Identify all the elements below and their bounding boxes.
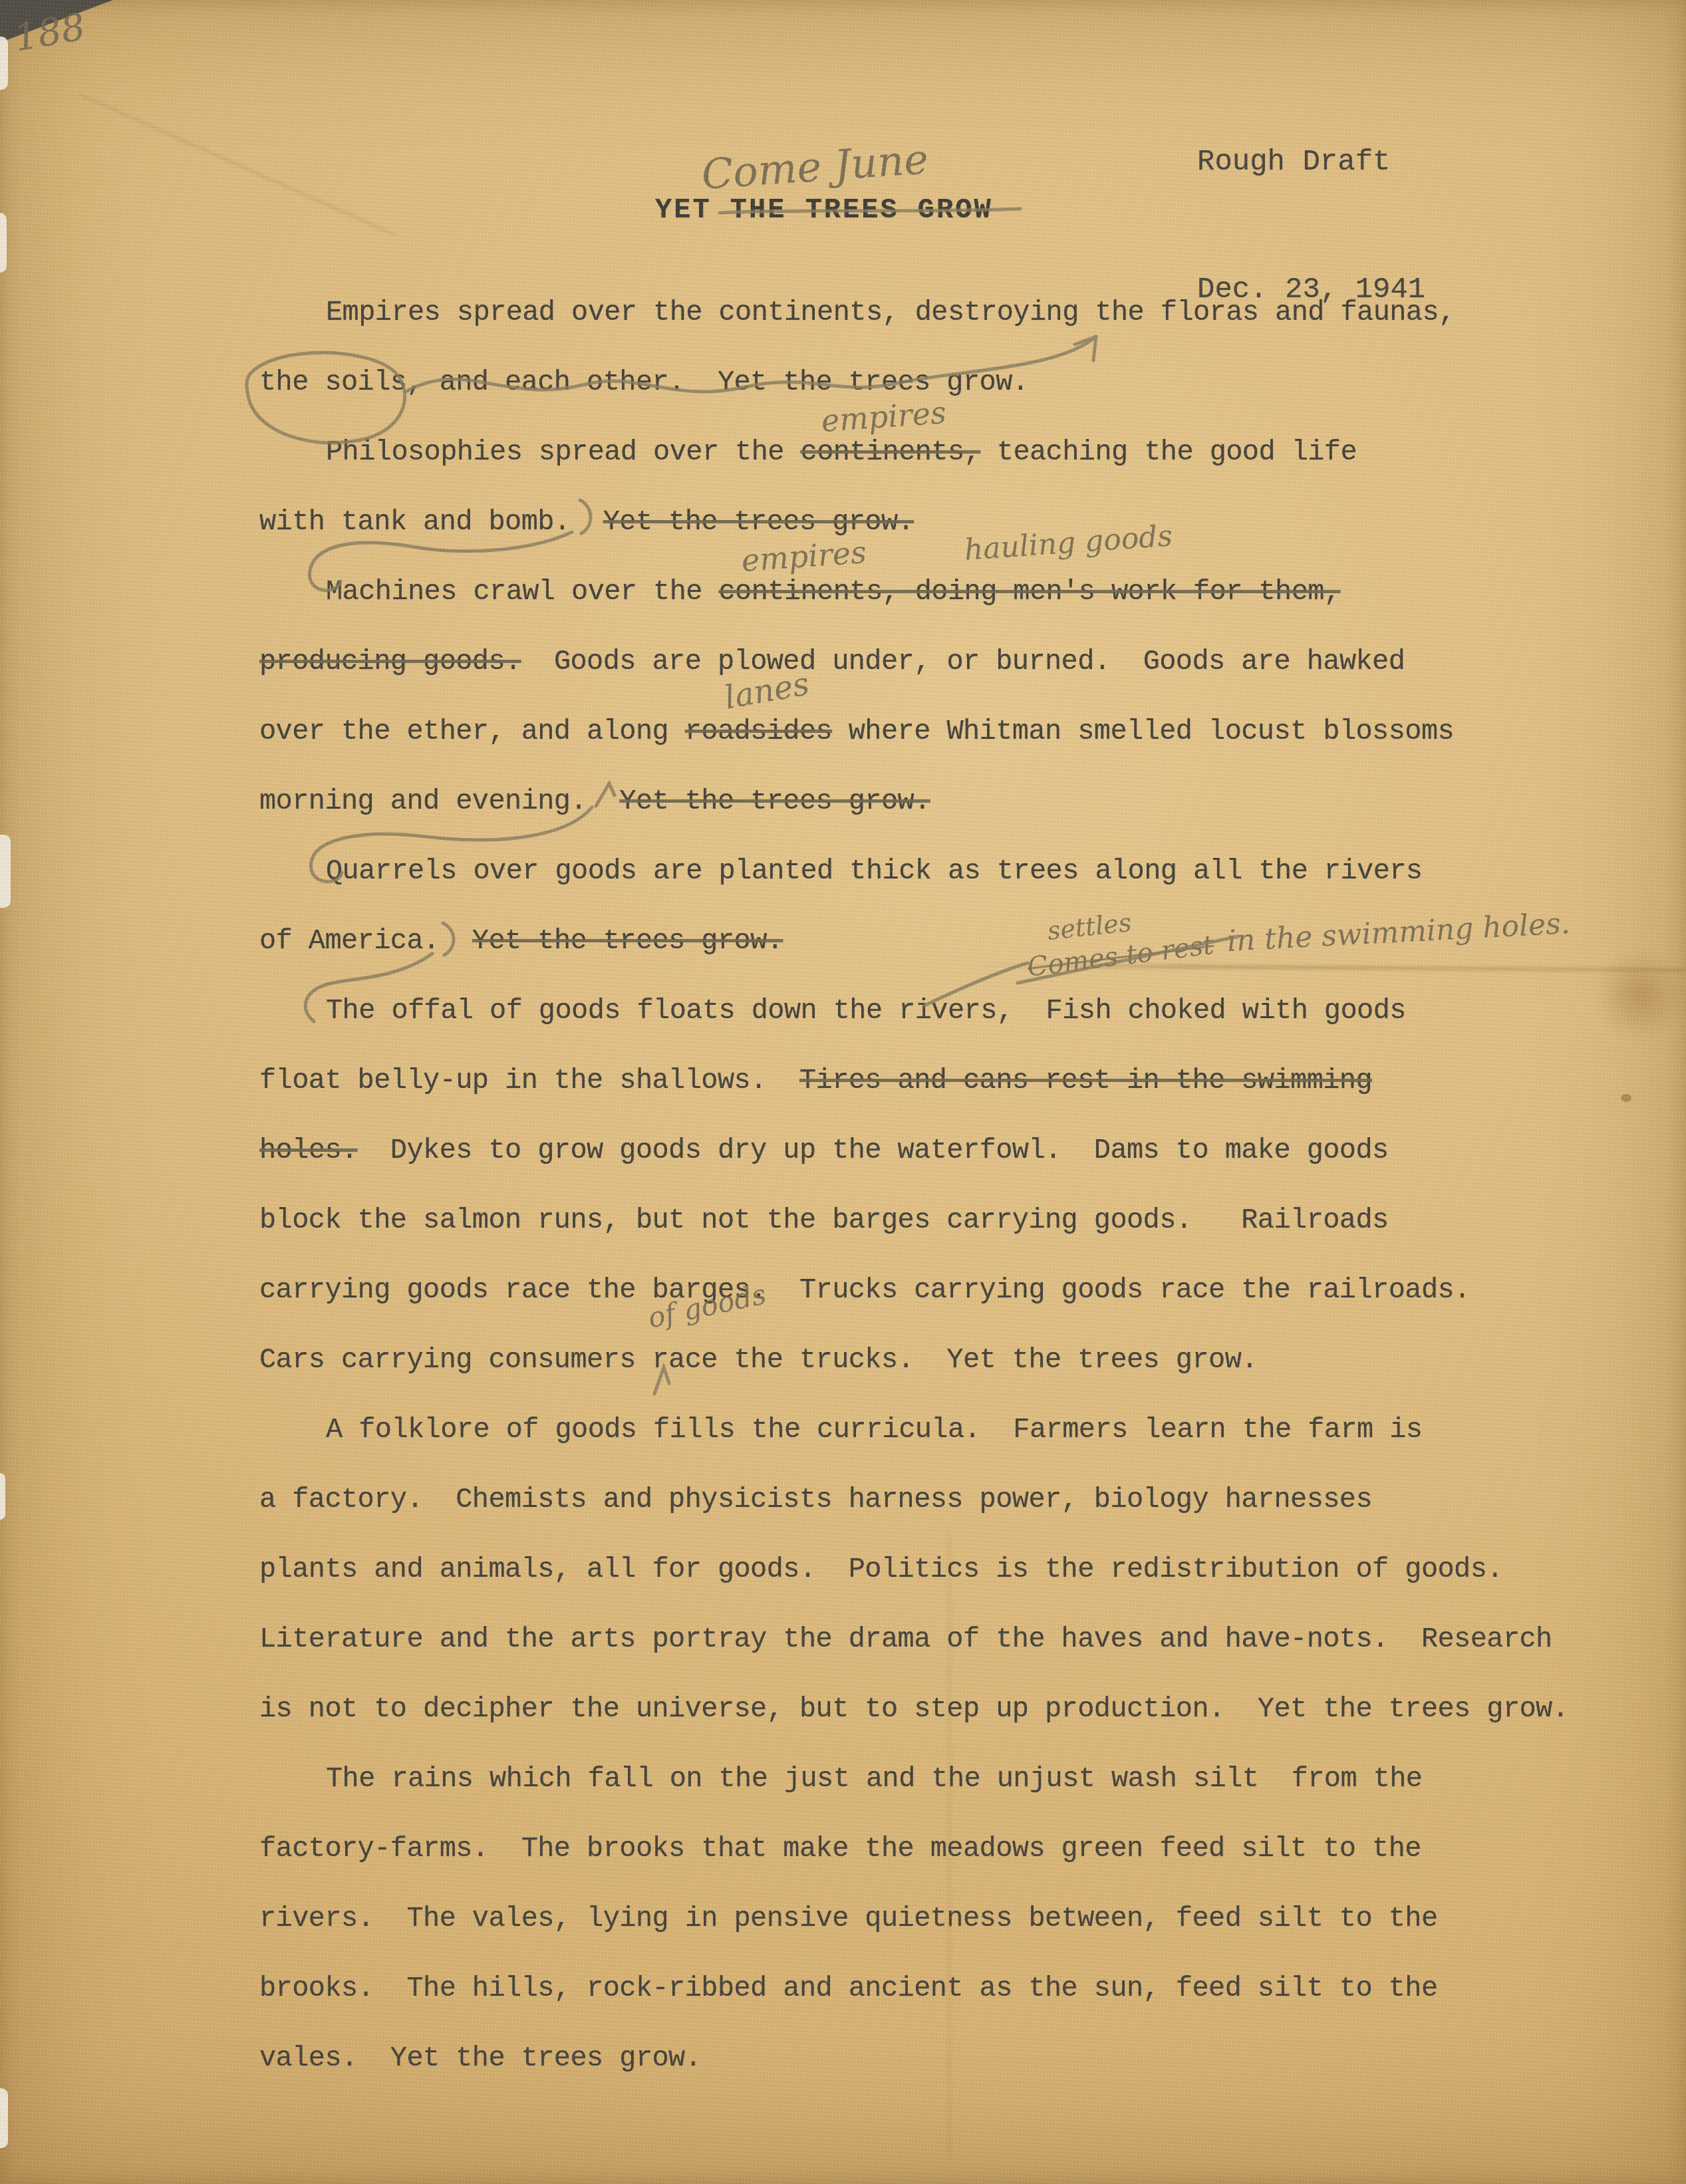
typed-text: Dykes to grow goods dry up the waterfowl… (358, 1135, 1389, 1166)
typed-text: Machines crawl over the (326, 576, 719, 608)
typed-text: carrying goods race the barges. Trucks c… (259, 1274, 1471, 1306)
title-kept-text: YET (655, 194, 730, 226)
typed-text: Philosophies spread over the (326, 436, 801, 468)
typed-line: Empires spread over the continents, dest… (259, 278, 1568, 348)
typed-line: producing goods. Goods are plowed under,… (259, 627, 1568, 697)
typed-text: brooks. The hills, rock-ribbed and ancie… (259, 1973, 1438, 2004)
typed-text: teaching the good life (980, 436, 1357, 468)
typed-line: block the salmon runs, but not the barge… (259, 1186, 1568, 1256)
typed-text: Goods are plowed under, or burned. Goods… (521, 646, 1405, 678)
typed-line: Machines crawl over the continents, doin… (259, 557, 1568, 627)
typed-line: a factory. Chemists and physicists harne… (259, 1465, 1568, 1535)
handwriting-title-come-june: Come June (700, 134, 930, 199)
typed-text: factory-farms. The brooks that make the … (259, 1833, 1421, 1865)
typed-line: morning and evening. Yet the trees grow. (259, 767, 1568, 837)
typed-text: Empires spread over the continents, dest… (326, 297, 1455, 329)
typed-line: brooks. The hills, rock-ribbed and ancie… (259, 1954, 1568, 2024)
paper-stain (1595, 950, 1686, 1039)
document-page: Rough Draft Dec. 23, 1941 YET THE TREES … (0, 0, 1686, 2184)
typed-text: rivers. The vales, lying in pensive quie… (259, 1903, 1438, 1935)
typed-line: The rains which fall on the just and the… (259, 1744, 1568, 1814)
typed-text: float belly-up in the shallows. (259, 1065, 799, 1097)
title-struck-text: THE TREES GROW (730, 194, 993, 226)
typed-text: Quarrels over goods are planted thick as… (326, 855, 1422, 887)
title-line: YET THE TREES GROW (655, 194, 993, 226)
struck-text: Tires and cans rest in the swimming (799, 1065, 1372, 1097)
typed-text: where Whitman smelled locust blossoms (832, 716, 1454, 748)
struck-text: Yet the trees grow. (472, 925, 783, 957)
struck-text: Yet the trees grow. (603, 506, 914, 538)
typed-line: vales. Yet the trees grow. (259, 2024, 1568, 2094)
struck-text: producing goods. (259, 646, 521, 678)
typed-text: The offal of goods floats down the river… (326, 995, 1406, 1027)
typed-text: block the salmon runs, but not the barge… (259, 1204, 1389, 1236)
typed-line: A folklore of goods fills the curricula.… (259, 1395, 1568, 1465)
typed-line: Literature and the arts portray the dram… (259, 1605, 1568, 1675)
typed-line: rivers. The vales, lying in pensive quie… (259, 1884, 1568, 1954)
typed-line: Cars carrying consumers race the trucks.… (259, 1325, 1568, 1395)
paper-edge-chip (0, 2088, 8, 2148)
typed-text: Literature and the arts portray the dram… (259, 1623, 1552, 1655)
struck-text: Yet the trees grow. (619, 785, 930, 817)
typed-text: the soils, and each other. Yet the trees… (259, 366, 1028, 398)
struck-text: continents, doing men's work for them, (719, 576, 1341, 608)
paper-speck (1621, 1094, 1631, 1102)
typed-line: The offal of goods floats down the river… (259, 976, 1568, 1046)
paper-edge-chip (0, 37, 8, 90)
paper-edge-chip (0, 835, 11, 908)
paper-edge-chip (0, 1473, 5, 1520)
typed-line: factory-farms. The brooks that make the … (259, 1814, 1568, 1884)
typed-line: Quarrels over goods are planted thick as… (259, 837, 1568, 906)
typed-text: morning and evening. (259, 785, 619, 817)
struck-text: holes. (259, 1135, 358, 1166)
typed-text: plants and animals, all for goods. Polit… (259, 1554, 1503, 1585)
typed-text: The rains which fall on the just and the… (326, 1763, 1422, 1795)
typed-text: vales. Yet the trees grow. (259, 2042, 701, 2074)
typed-line: plants and animals, all for goods. Polit… (259, 1535, 1568, 1605)
typed-text: A folklore of goods fills the curricula.… (326, 1414, 1422, 1446)
typed-text: with tank and bomb. (259, 506, 603, 538)
struck-text: roadsides (685, 716, 832, 748)
typed-line: holes. Dykes to grow goods dry up the wa… (259, 1116, 1568, 1186)
typed-text: of America. (259, 925, 472, 957)
typed-text: is not to decipher the universe, but to … (259, 1693, 1568, 1725)
typed-text: over the ether, and along (259, 716, 685, 748)
typed-line: float belly-up in the shallows. Tires an… (259, 1046, 1568, 1116)
header-doc-status: Rough Draft (1197, 141, 1425, 184)
paper-edge-chip (0, 213, 7, 273)
typed-line: with tank and bomb. Yet the trees grow. (259, 487, 1568, 557)
typed-body: Empires spread over the continents, dest… (259, 278, 1568, 2094)
typed-line: carrying goods race the barges. Trucks c… (259, 1256, 1568, 1325)
typed-text: Cars carrying consumers race the trucks.… (259, 1344, 1258, 1376)
paper-crease (79, 93, 396, 236)
struck-text: continents, (801, 436, 981, 468)
typed-line: over the ether, and along roadsides wher… (259, 697, 1568, 767)
typed-line: is not to decipher the universe, but to … (259, 1675, 1568, 1744)
typed-text: a factory. Chemists and physicists harne… (259, 1484, 1372, 1516)
